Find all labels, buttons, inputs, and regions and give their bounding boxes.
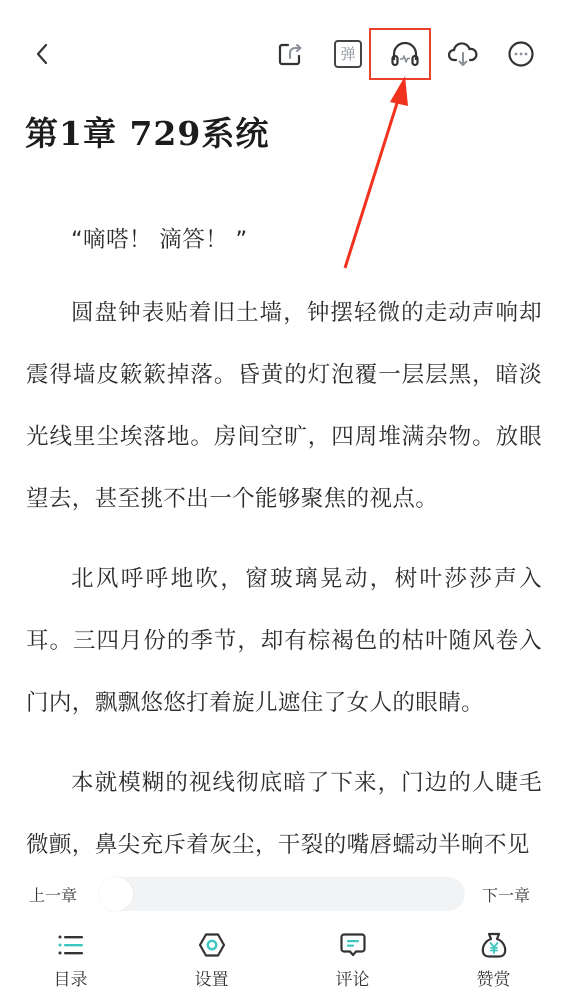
back-button[interactable] [25,36,61,72]
cloud-download-icon [447,40,479,68]
share-button[interactable] [272,36,308,72]
chapter-navigation: 上一章 下一章 [0,868,564,918]
chapter-title: 第1章 729系统 [25,108,269,155]
top-toolbar: 弹 [0,0,564,100]
nav-label: 评论 [336,965,370,990]
danmaku-icon: 弹 [334,40,362,68]
back-icon [33,42,53,66]
nav-item-reward[interactable]: 赞赏 [423,920,564,1002]
chapter-content: “嘀嗒！ 滴答！ ” 圆盘钟表贴着旧土墙，钟摆轻微的走动声响却震得墙皮簌簌掉落。… [26,216,542,876]
paragraph: 圆盘钟表贴着旧土墙，钟摆轻微的走动声响却震得墙皮簌簌掉落。昏黄的灯泡覆一层层黑，… [26,282,542,530]
prev-chapter-button[interactable]: 上一章 [29,883,77,906]
list-icon [57,933,85,957]
paragraph: “嘀嗒！ 滴答！ ” [26,216,542,264]
nav-item-settings[interactable]: 设置 [141,920,282,1002]
comment-icon [339,932,367,958]
download-button[interactable] [445,36,481,72]
nav-item-toc[interactable]: 目录 [0,920,141,1002]
danmaku-button[interactable]: 弹 [330,36,366,72]
paragraph: 北风呼呼地吹，窗玻璃晃动，树叶莎莎声入耳。三四月份的季节，却有棕褐色的枯叶随风卷… [26,548,542,734]
danmaku-glyph: 弹 [340,47,355,62]
settings-hexagon-icon [198,932,226,958]
more-button[interactable] [503,36,539,72]
share-icon [276,40,304,68]
nav-label: 赞赏 [477,965,511,990]
annotation-highlight-box [369,28,431,80]
money-bag-icon [480,931,508,959]
bottom-navigation: 目录 设置 评论 赞赏 [0,920,564,1002]
slider-handle[interactable] [99,877,133,911]
nav-item-comments[interactable]: 评论 [282,920,423,1002]
more-icon [507,40,535,68]
next-chapter-button[interactable]: 下一章 [482,883,530,906]
nav-label: 目录 [54,965,88,990]
nav-label: 设置 [195,965,229,990]
paragraph: 本就模糊的视线彻底暗了下来，门边的人睫毛微颤，鼻尖充斥着灰尘，干裂的嘴唇蠕动半晌… [26,752,542,876]
chapter-progress-slider[interactable] [99,877,465,911]
